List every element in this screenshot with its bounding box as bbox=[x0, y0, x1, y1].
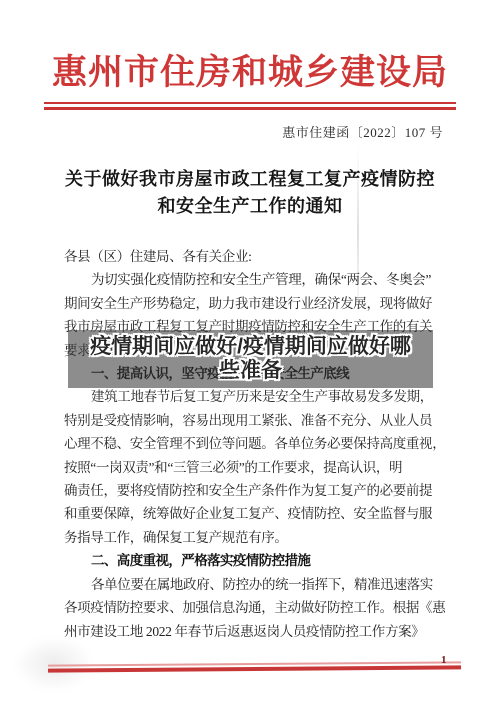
salutation-line: 各县（区）住建局、各有关企业: bbox=[64, 245, 454, 268]
caption-overlay-text: 疫情期间应做好/疫情期间应做好哪 些准备 bbox=[84, 335, 418, 383]
paragraph-section-1: 建筑工地春节后复工复产历来是安全生产事故易发多发期， 特别是受疫情影响，容易出现… bbox=[64, 385, 454, 549]
section-heading-2: 二、高度重视，严格落实疫情防控措施 bbox=[64, 549, 454, 572]
document-title: 关于做好我市房屋市政工程复工复产疫情防控 和安全生产工作的通知 bbox=[30, 166, 470, 220]
document-reference-number: 惠市住建函〔2022〕107 号 bbox=[282, 125, 443, 141]
caption-overlay-band: 疫情期间应做好/疫情期间应做好哪 些准备 bbox=[68, 330, 433, 388]
document-body: 各县（区）住建局、各有关企业: 为切实强化疫情防控和安全生产管理，确保“两会、冬… bbox=[64, 245, 454, 643]
letterhead-double-rule bbox=[44, 102, 456, 110]
letterhead-agency-name: 惠州市住房和城乡建设局 bbox=[0, 53, 500, 93]
footer-double-rule bbox=[48, 661, 461, 672]
scanned-document-page: 惠州市住房和城乡建设局 惠市住建函〔2022〕107 号 关于做好我市房屋市政工… bbox=[0, 0, 500, 712]
paragraph-section-2: 各单位要在属地政府、防控办的统一指挥下，精准迅速落实 各项疫情防控要求、加强信息… bbox=[64, 573, 454, 643]
page-number: 1 bbox=[441, 654, 447, 666]
